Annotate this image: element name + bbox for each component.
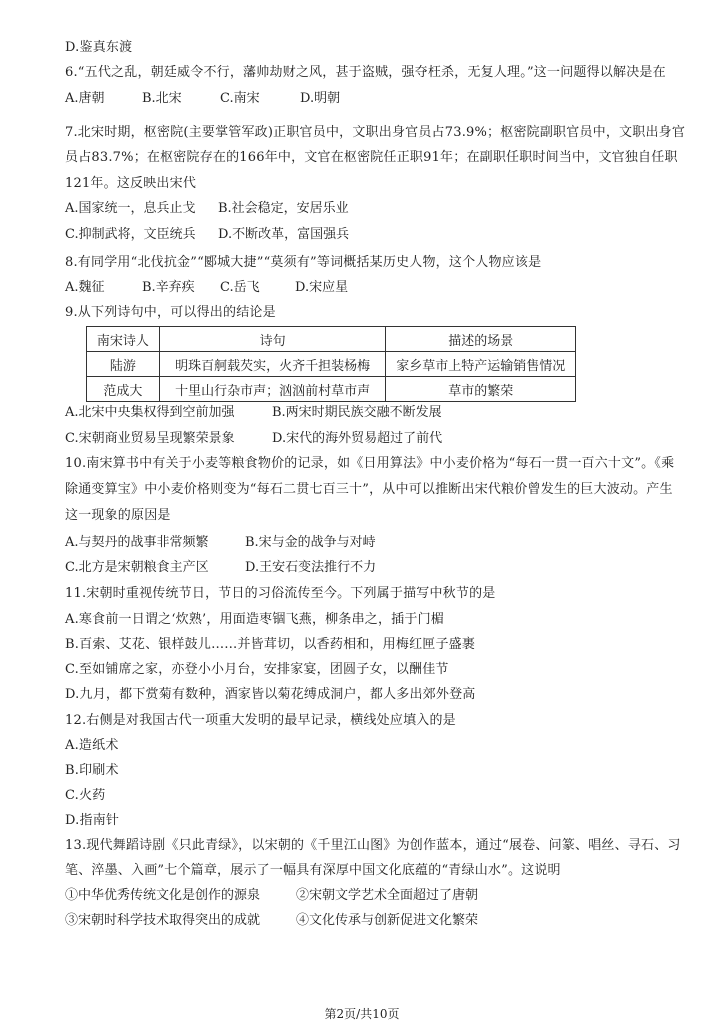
q7-option-a: A.国家统一，息兵止戈 <box>65 201 196 217</box>
q13-statement-2: ②宋朝文学艺术全面超过了唐朝 <box>296 888 478 904</box>
q7-option-b: B.社会稳定，安居乐业 <box>218 201 349 217</box>
q6-option-d: D.明朝 <box>300 91 340 107</box>
q13-statement-1: ①中华优秀传统文化是创作的源泉 <box>65 888 260 904</box>
q6-option-c: C.南宋 <box>220 91 260 107</box>
q13-statement-3: ③宋朝时科学技术取得突出的成就 <box>65 913 260 929</box>
q7-option-d: D.不断改革，富国强兵 <box>218 227 349 243</box>
q11-option-b: B.百索、艾花、银样鼓儿……并皆茸切，以香药相和，用梅红匣子盛裹 <box>65 637 475 653</box>
q11-option-c: C.至如铺席之家，亦登小小月台，安排家宴，团圆子女，以酬佳节 <box>65 662 449 678</box>
q5-option-d: D.鉴真东渡 <box>65 40 132 56</box>
q13-stem-line-2: 笔、淬墨、入画”七个篇章，展示了一幅具有深厚中国文化底蕴的“青绿山水”。这说明 <box>65 863 561 879</box>
q8-option-a: A.魏征 <box>65 280 105 296</box>
q6-stem: 6.“五代之乱，朝廷威令不行，藩帅劫财之风，甚于盗贼，强夺枉杀，无复人理。”这一… <box>65 65 666 81</box>
page-footer: 第2页/共10页 <box>0 1005 724 1022</box>
q11-stem: 11.宋朝时重视传统节日，节日的习俗流传至今。下列属于描写中秋节的是 <box>65 586 495 602</box>
q12-option-d: D.指南针 <box>65 813 119 829</box>
q9-stem: 9.从下列诗句中，可以得出的结论是 <box>65 305 276 321</box>
table-cell: 家乡草市上特产运输销售情况 <box>386 352 576 377</box>
q11-option-a: A.寒食前一日谓之‘炊熟’，用面造枣锢飞燕，柳条串之，插于门楣 <box>65 612 444 628</box>
q7-stem-line-1: 7.北宋时期，枢密院(主要掌管军政)正职官员中，文职出身官员占73.9%；枢密院… <box>65 125 685 141</box>
table-header-cell: 描述的场景 <box>386 327 576 352</box>
q6-option-a: A.唐朝 <box>65 91 105 107</box>
q13-stem-line-1: 13.现代舞蹈诗剧《只此青绿》，以宋朝的《千里江山图》为创作蓝本，通过“展卷、问… <box>65 838 681 854</box>
q9-option-a: A.北宋中央集权得到空前加强 <box>65 405 235 421</box>
table-cell: 范成大 <box>87 377 160 402</box>
q6-option-b: B.北宋 <box>142 91 182 107</box>
table-row: 陆游 明珠百舸载芡实，火齐千担装杨梅 家乡草市上特产运输销售情况 <box>87 352 576 377</box>
q9-option-b: B.两宋时期民族交融不断发展 <box>272 405 442 421</box>
table-cell: 陆游 <box>87 352 160 377</box>
table-cell: 明珠百舸载芡实，火齐千担装杨梅 <box>159 352 386 377</box>
q9-option-c: C.宋朝商业贸易呈现繁荣景象 <box>65 431 235 447</box>
q7-option-c: C.抑制武将，文臣统兵 <box>65 227 196 243</box>
table-header-cell: 南宋诗人 <box>87 327 160 352</box>
q13-statement-4: ④文化传承与创新促进文化繁荣 <box>296 913 478 929</box>
q8-option-c: C.岳飞 <box>220 280 260 296</box>
table-cell: 草市的繁荣 <box>386 377 576 402</box>
q10-stem-line-1: 10.南宋算书中有关于小麦等粮食物价的记录，如《日用算法》中小麦价格为“每石一贯… <box>65 456 674 472</box>
table-row: 范成大 十里山行杂市声；汹汹前村草市声 草市的繁荣 <box>87 377 576 402</box>
q10-option-c: C.北方是宋朝粮食主产区 <box>65 560 209 576</box>
q12-option-b: B.印刷术 <box>65 763 119 779</box>
table-cell: 十里山行杂市声；汹汹前村草市声 <box>159 377 386 402</box>
table-header-row: 南宋诗人 诗句 描述的场景 <box>87 327 576 352</box>
q12-option-a: A.造纸术 <box>65 738 119 754</box>
q9-poem-table: 南宋诗人 诗句 描述的场景 陆游 明珠百舸载芡实，火齐千担装杨梅 家乡草市上特产… <box>86 326 576 402</box>
q10-option-a: A.与契丹的战事非常频繁 <box>65 535 209 551</box>
q8-stem: 8.有同学用“北伐抗金”“郾城大捷”“莫须有”等词概括某历史人物，这个人物应该是 <box>65 255 541 271</box>
q12-option-c: C.火药 <box>65 788 105 804</box>
q10-stem-line-3: 这一现象的原因是 <box>65 508 171 524</box>
q10-option-b: B.宋与金的战争与对峙 <box>245 535 376 551</box>
q10-stem-line-2: 除通变算宝》中小麦价格则变为“每石二贯七百三十”，从中可以推断出宋代粮价曾发生的… <box>65 482 673 498</box>
q12-stem: 12.右侧是对我国古代一项重大发明的最早记录，横线处应填入的是 <box>65 713 456 729</box>
q11-option-d: D.九月，都下赏菊有数种，酒家皆以菊花缚成洞户，都人多出郊外登高 <box>65 687 476 703</box>
q9-option-d: D.宋代的海外贸易超过了前代 <box>272 431 442 447</box>
q8-option-b: B.辛弃疾 <box>142 280 195 296</box>
q7-stem-line-2: 员占83.7%；在枢密院存在的166年中，文官在枢密院任正职91年；在副职任职时… <box>65 150 678 166</box>
q8-option-d: D.宋应星 <box>295 280 348 296</box>
q7-stem-line-3: 121年。这反映出宋代 <box>65 176 196 192</box>
q10-option-d: D.王安石变法推行不力 <box>245 560 376 576</box>
table-header-cell: 诗句 <box>159 327 386 352</box>
